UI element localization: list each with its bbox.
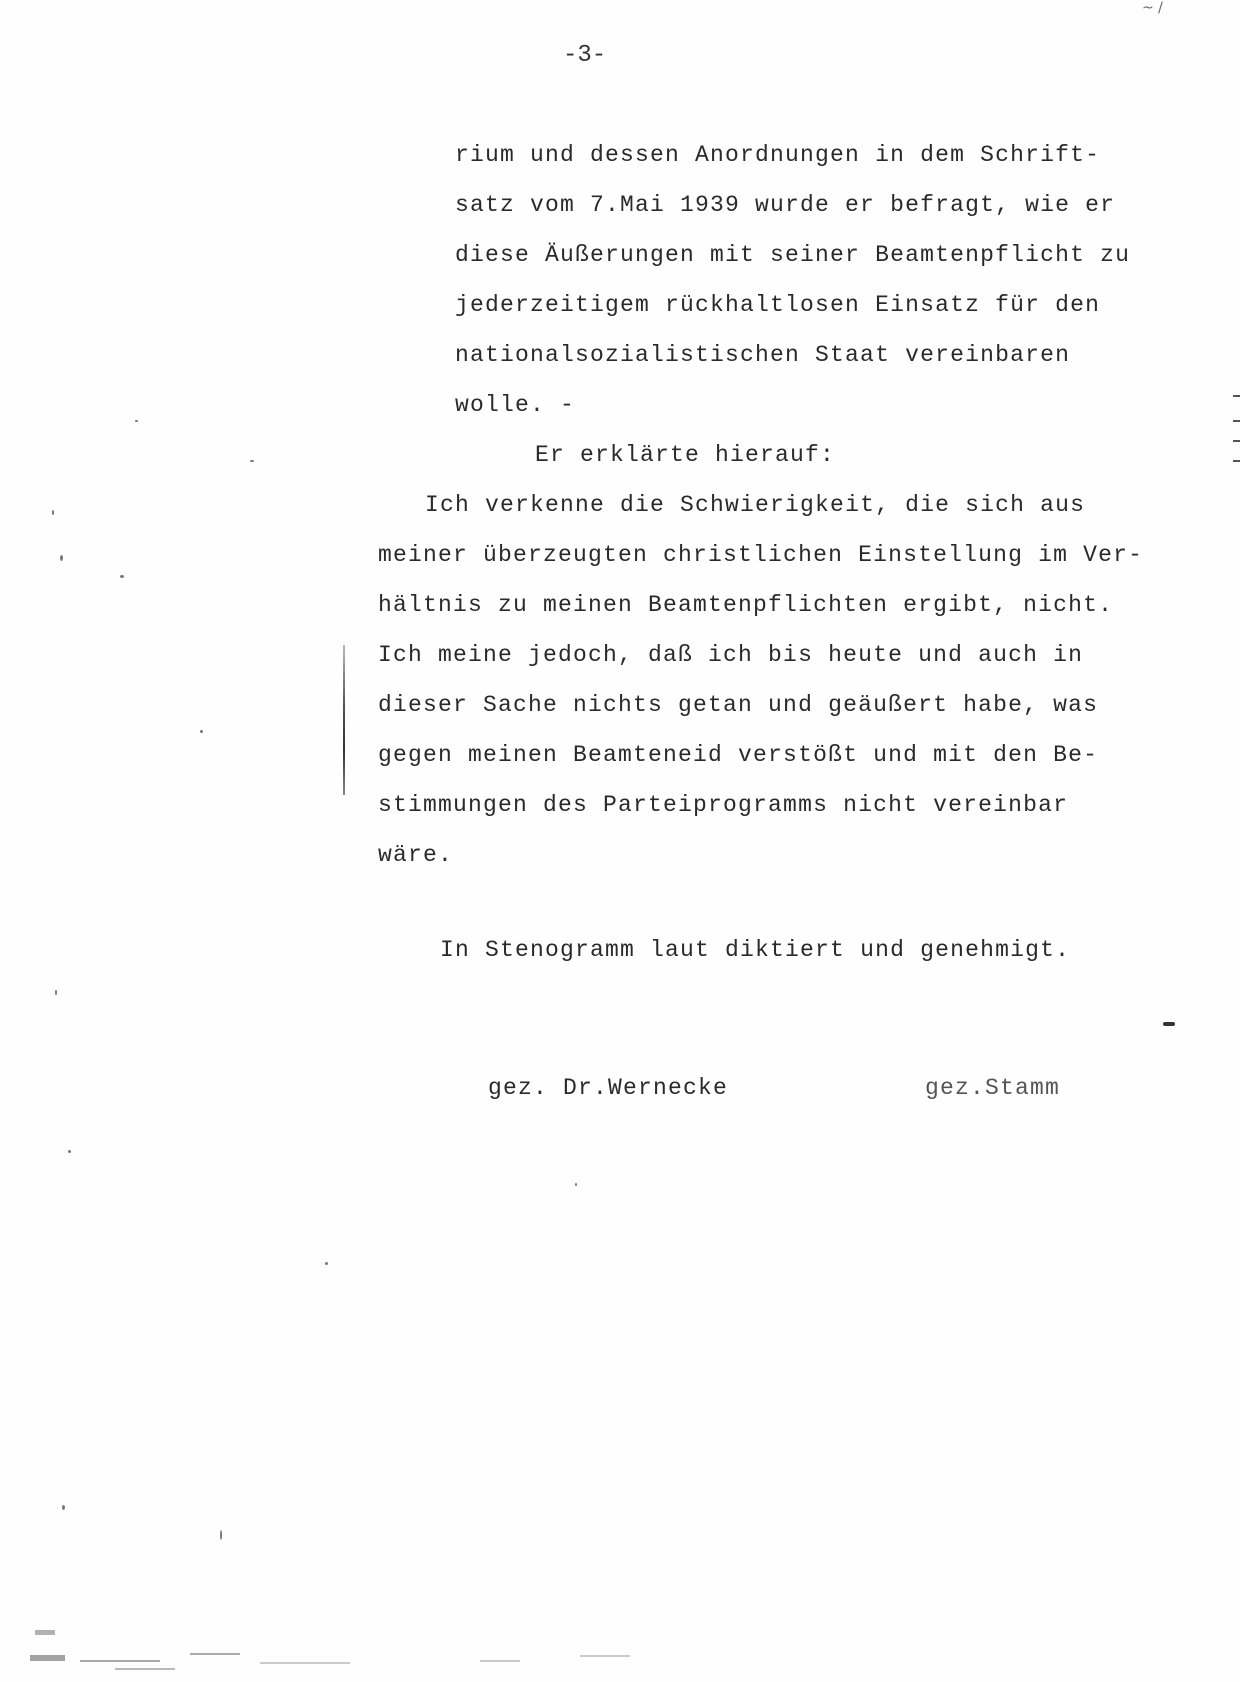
edge-mark	[1233, 420, 1240, 422]
text-line: wolle. -	[455, 390, 575, 420]
corner-mark: ~ /	[1142, 0, 1163, 16]
text-line: dieser Sache nichts getan und geäußert h…	[378, 690, 1098, 720]
text-line: hältnis zu meinen Beamtenpflichten ergib…	[378, 590, 1113, 620]
text-line: meiner überzeugten christlichen Einstell…	[378, 540, 1143, 570]
text-line: gegen meinen Beamteneid verstößt und mit…	[378, 740, 1098, 770]
text-line: stimmungen des Parteiprogramms nicht ver…	[378, 790, 1068, 820]
text-line: rium und dessen Anordnungen in dem Schri…	[455, 140, 1100, 170]
text-line: diese Äußerungen mit seiner Beamtenpflic…	[455, 240, 1130, 270]
edge-mark	[1233, 460, 1240, 462]
dash-mark	[1163, 1022, 1175, 1026]
closing-statement: In Stenogramm laut diktiert und genehmig…	[440, 935, 1070, 965]
edge-mark	[1233, 395, 1240, 397]
text-line: jederzeitigem rückhaltlosen Einsatz für …	[455, 290, 1100, 320]
text-line: Ich meine jedoch, daß ich bis heute und …	[378, 640, 1083, 670]
text-line: wäre.	[378, 840, 453, 870]
margin-bracket-mark	[343, 645, 345, 795]
signature-left: gez. Dr.Wernecke	[488, 1073, 728, 1103]
text-line: nationalsozialistischen Staat vereinbare…	[455, 340, 1070, 370]
text-line: satz vom 7.Mai 1939 wurde er befragt, wi…	[455, 190, 1115, 220]
edge-mark	[1233, 440, 1240, 442]
page-number: -3-	[563, 42, 606, 69]
document-page: ~ / -3- rium und dessen Anordnungen in d…	[0, 0, 1240, 1682]
signature-right: gez.Stamm	[925, 1073, 1060, 1103]
statement-intro: Er erklärte hierauf:	[535, 440, 835, 470]
text-line: Ich verkenne die Schwierigkeit, die sich…	[425, 490, 1085, 520]
